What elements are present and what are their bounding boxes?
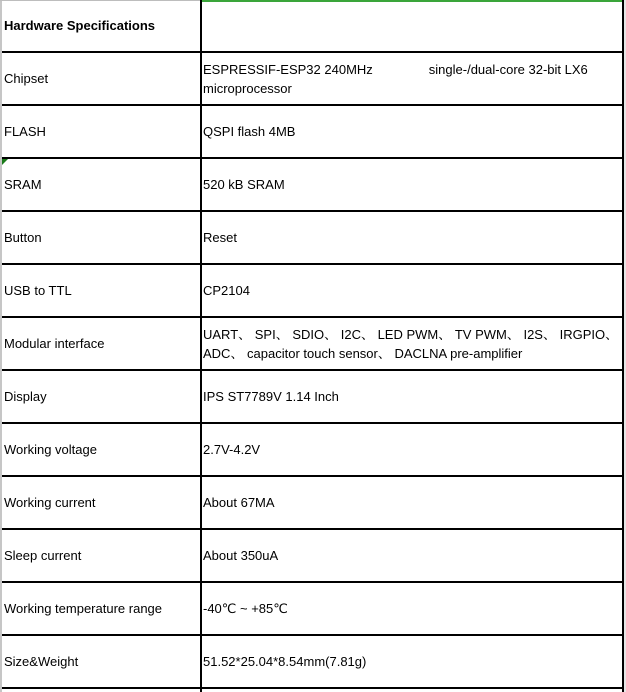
spec-value-cell[interactable]: 520 kB SRAM <box>203 159 619 210</box>
table-row: SRAM 520 kB SRAM <box>2 159 622 212</box>
spec-label-cell[interactable]: Chipset <box>4 53 198 104</box>
table-row: Button Reset <box>2 212 622 265</box>
spec-label-cell[interactable]: Button <box>4 212 198 263</box>
table-row: Working voltage 2.7V-4.2V <box>2 424 622 477</box>
spec-label-cell[interactable]: Sleep current <box>4 530 198 581</box>
table-header-row: Hardware Specifications <box>2 0 622 53</box>
spec-label-cell[interactable]: Modular interface <box>4 318 198 369</box>
spec-label-cell[interactable]: Working current <box>4 477 198 528</box>
interface-value-line1: UART、 SPI、 SDIO、 I2C、 LED PWM、 TV PWM、 I… <box>203 325 618 344</box>
table-row: USB to TTL CP2104 <box>2 265 622 318</box>
spec-value-cell[interactable]: 2.7V-4.2V <box>203 424 619 475</box>
spec-label-cell[interactable]: Working voltage <box>4 424 198 475</box>
spec-value-cell[interactable]: -40℃ ~ +85℃ <box>203 583 619 634</box>
spec-label-cell[interactable]: Working temperature range <box>4 583 198 634</box>
spec-value-cell[interactable]: Reset <box>203 212 619 263</box>
interface-value-line2: ADC、 capacitor touch sensor、 DACLNA pre-… <box>203 344 618 363</box>
spec-value-cell[interactable]: QSPI flash 4MB <box>203 106 619 157</box>
spec-value-cell[interactable]: CP2104 <box>203 265 619 316</box>
spec-label-cell[interactable]: FLASH <box>4 106 198 157</box>
table-row: Working temperature range -40℃ ~ +85℃ <box>2 583 622 636</box>
header-value-cell[interactable] <box>203 0 619 51</box>
spec-value-cell[interactable]: About 67MA <box>203 477 619 528</box>
comment-indicator-icon[interactable] <box>2 159 8 165</box>
chipset-value-part2: single-/dual-core 32-bit LX6 <box>429 62 588 77</box>
spec-value-cell[interactable]: About 350uA <box>203 530 619 581</box>
chipset-value-part1: ESPRESSIF-ESP32 240MHz <box>203 62 373 77</box>
table-row: FLASH QSPI flash 4MB <box>2 106 622 159</box>
column-divider <box>200 0 202 692</box>
table-row: Display IPS ST7789V 1.14 Inch <box>2 371 622 424</box>
spec-label-cell[interactable]: SRAM <box>4 159 198 210</box>
table-row: Size&Weight 51.52*25.04*8.54mm(7.81g) <box>2 636 622 689</box>
table-row: Modular interface UART、 SPI、 SDIO、 I2C、 … <box>2 318 622 371</box>
spec-label-cell[interactable]: Size&Weight <box>4 636 198 687</box>
header-label-cell[interactable]: Hardware Specifications <box>4 0 198 51</box>
table-row: Sleep current About 350uA <box>2 530 622 583</box>
spec-label-cell[interactable]: Display <box>4 371 198 422</box>
spec-value-cell[interactable]: UART、 SPI、 SDIO、 I2C、 LED PWM、 TV PWM、 I… <box>203 318 619 369</box>
chipset-value-line2: microprocessor <box>203 79 588 98</box>
spec-value-cell[interactable]: IPS ST7789V 1.14 Inch <box>203 371 619 422</box>
table-row: Chipset ESPRESSIF-ESP32 240MHzsingle-/du… <box>2 53 622 106</box>
spec-value-cell[interactable]: 51.52*25.04*8.54mm(7.81g) <box>203 636 619 687</box>
spec-value-cell[interactable]: ESPRESSIF-ESP32 240MHzsingle-/dual-core … <box>203 53 619 104</box>
spec-label-cell[interactable]: USB to TTL <box>4 265 198 316</box>
table-row: Working current About 67MA <box>2 477 622 530</box>
